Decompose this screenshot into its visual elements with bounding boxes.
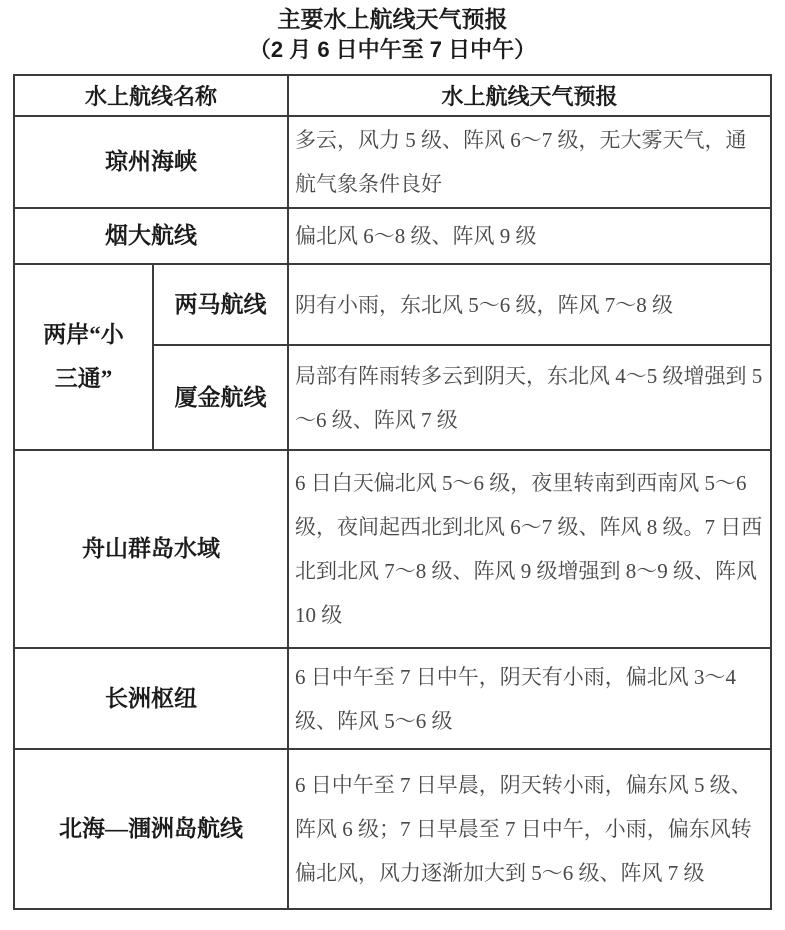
table-row: 长洲枢纽 6 日中午至 7 日中午，阴天有小雨，偏北风 3～4 级、阵风 5～6… (14, 648, 771, 749)
table-row: 烟大航线 偏北风 6～8 级、阵风 9 级 (14, 208, 771, 264)
table-row: 琼州海峡 多云，风力 5 级、阵风 6～7 级，无大雾天气，通航气象条件良好 (14, 116, 771, 208)
header-row: 水上航线名称 水上航线天气预报 (14, 75, 771, 116)
forecast-beihai-weizhou: 6 日中午至 7 日早晨，阴天转小雨，偏东风 5 级、阵风 6 级；7 日早晨至… (288, 749, 771, 909)
route-group-santong: 两岸“小三通” (14, 264, 153, 450)
route-name-yanda: 烟大航线 (14, 208, 288, 264)
page-title: 主要水上航线天气预报 (0, 4, 785, 35)
table-row: 北海—涠洲岛航线 6 日中午至 7 日早晨，阴天转小雨，偏东风 5 级、阵风 6… (14, 749, 771, 909)
route-name-liangma: 两马航线 (153, 264, 288, 345)
route-name-zhoushan: 舟山群岛水域 (14, 450, 288, 648)
table-row: 舟山群岛水域 6 日白天偏北风 5～6 级，夜里转南到西南风 5～6 级，夜间起… (14, 450, 771, 648)
page: 主要水上航线天气预报 （2 月 6 日中午至 7 日中午） 水上航线名称 水上航… (0, 0, 785, 930)
forecast-yanda: 偏北风 6～8 级、阵风 9 级 (288, 208, 771, 264)
route-name-beihai-weizhou: 北海—涠洲岛航线 (14, 749, 288, 909)
header-forecast: 水上航线天气预报 (288, 75, 771, 116)
route-group-santong-label: 两岸“小三通” (33, 313, 135, 401)
forecast-table: 水上航线名称 水上航线天气预报 琼州海峡 多云，风力 5 级、阵风 6～7 级，… (13, 74, 772, 910)
route-name-qiongzhou: 琼州海峡 (14, 116, 288, 208)
forecast-changzhou: 6 日中午至 7 日中午，阴天有小雨，偏北风 3～4 级、阵风 5～6 级 (288, 648, 771, 749)
forecast-xiajin: 局部有阵雨转多云到阴天，东北风 4～5 级增强到 5～6 级、阵风 7 级 (288, 345, 771, 450)
route-name-changzhou: 长洲枢纽 (14, 648, 288, 749)
forecast-liangma: 阴有小雨，东北风 5～6 级，阵风 7～8 级 (288, 264, 771, 345)
header-route-name: 水上航线名称 (14, 75, 288, 116)
title-block: 主要水上航线天气预报 （2 月 6 日中午至 7 日中午） (0, 0, 785, 65)
table-row: 两岸“小三通” 两马航线 阴有小雨，东北风 5～6 级，阵风 7～8 级 (14, 264, 771, 345)
route-name-xiajin: 厦金航线 (153, 345, 288, 450)
forecast-zhoushan: 6 日白天偏北风 5～6 级，夜里转南到西南风 5～6 级，夜间起西北到北风 6… (288, 450, 771, 648)
forecast-qiongzhou: 多云，风力 5 级、阵风 6～7 级，无大雾天气，通航气象条件良好 (288, 116, 771, 208)
page-subtitle: （2 月 6 日中午至 7 日中午） (0, 35, 785, 65)
